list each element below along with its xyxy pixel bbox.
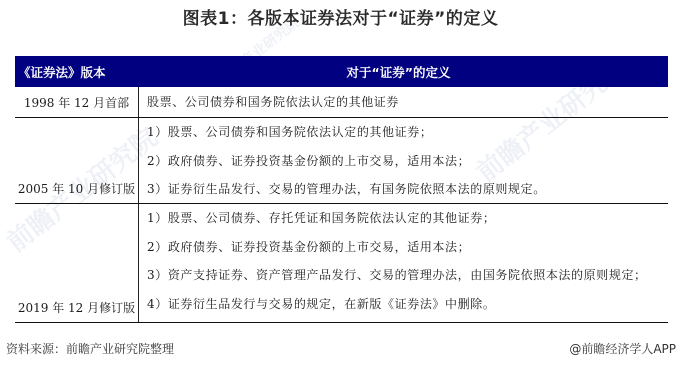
figure-title: 图表1：各版本证券法对于“证券”的定义	[0, 4, 681, 34]
source-note: 资料来源：前瞻产业研究院整理	[6, 340, 174, 357]
definition-cell: 股票、公司债券和国务院依法认定的其他证券	[139, 87, 668, 117]
definition-line: 2）政府债券、证券投资基金份额的上市交易，适用本法；	[147, 233, 668, 262]
version-cell: 2005 年 10 月修订版	[15, 118, 139, 203]
definition-cell: 1）股票、公司债券、存托凭证和国务院依法认定的其他证券； 2）政府债券、证券投资…	[139, 204, 668, 322]
definition-line: 股票、公司债券和国务院依法认定的其他证券	[147, 87, 668, 117]
definition-cell: 1）股票、公司债券和国务院依法认定的其他证券； 2）政府债券、证券投资基金份额的…	[139, 118, 668, 203]
definition-line: 4）证券衍生品发行与交易的规定，在新版《证券法》中删除。	[147, 290, 668, 319]
definition-line: 3）证券衍生品发行、交易的管理办法，有国务院依照本法的原则规定。	[147, 175, 668, 204]
version-cell: 1998 年 12 月首部	[15, 87, 139, 117]
table-header: 《证券法》版本 对于“证券”的定义	[15, 56, 668, 87]
footer: 资料来源：前瞻产业研究院整理 @前瞻经济学人APP	[6, 340, 676, 357]
table-row: 1998 年 12 月首部 股票、公司债券和国务院依法认定的其他证券	[15, 87, 668, 118]
column-header-version: 《证券法》版本	[15, 63, 139, 81]
credit-label: @前瞻经济学人APP	[569, 340, 676, 357]
column-header-definition: 对于“证券”的定义	[139, 63, 668, 81]
table-row: 2019 年 12 月修订版 1）股票、公司债券、存托凭证和国务院依法认定的其他…	[15, 204, 668, 323]
definition-line: 1）股票、公司债券和国务院依法认定的其他证券；	[147, 118, 668, 147]
definition-line: 3）资产支持证券、资产管理产品发行、交易的管理办法，由国务院依照本法的原则规定；	[147, 261, 668, 290]
table-row: 2005 年 10 月修订版 1）股票、公司债券和国务院依法认定的其他证券； 2…	[15, 118, 668, 204]
version-cell: 2019 年 12 月修订版	[15, 204, 139, 322]
definitions-table: 《证券法》版本 对于“证券”的定义 1998 年 12 月首部 股票、公司债券和…	[15, 56, 668, 323]
definition-line: 1）股票、公司债券、存托凭证和国务院依法认定的其他证券；	[147, 204, 668, 233]
definition-line: 2）政府债券、证券投资基金份额的上市交易，适用本法；	[147, 147, 668, 176]
